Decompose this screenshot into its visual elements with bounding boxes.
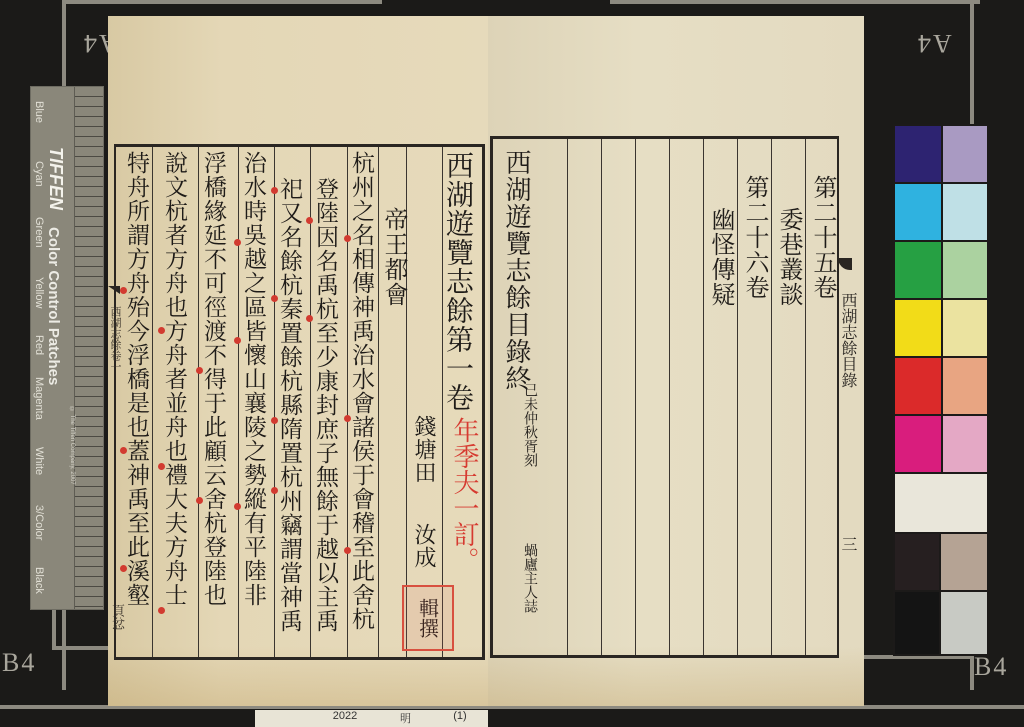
catalog-number: 2022 bbox=[333, 710, 357, 722]
patch-magenta-light bbox=[943, 416, 987, 472]
patch-3color-light bbox=[941, 534, 987, 590]
right-page-frame: 西湖遊覽志餘目錄終 己未仲秋胥刻 蝸廬主人誌 第二十五卷 委巷叢談 第二十六卷 … bbox=[490, 136, 839, 658]
color-name-black: Black bbox=[33, 567, 45, 594]
red-punctuation-dot bbox=[271, 187, 278, 194]
red-handwritten-annotation: 年季夫一訂。 bbox=[451, 417, 477, 573]
red-punctuation-dot bbox=[344, 415, 351, 422]
patch-yellow bbox=[895, 300, 941, 356]
text-column-3: 祀又名餘杭秦置餘杭縣隋置杭州竊謂當神禹 bbox=[277, 177, 300, 633]
color-name-cyan: Cyan bbox=[33, 161, 45, 187]
mat-label-bottom-right: B4 bbox=[974, 652, 1008, 682]
toc-volume-26: 第二十六卷 bbox=[743, 175, 767, 300]
toc-volume-25: 第二十五卷 bbox=[811, 175, 835, 300]
patch-yellow-light bbox=[943, 300, 987, 356]
column-rule bbox=[737, 139, 738, 655]
column-rule bbox=[805, 139, 806, 655]
text-column-5: 浮橋緣延不可徑渡不得于此顧云舍杭登陸也 bbox=[201, 151, 224, 607]
column-rule bbox=[669, 139, 670, 655]
patch-black bbox=[895, 592, 939, 654]
mat-border-top-right bbox=[610, 0, 980, 4]
patch-gray bbox=[941, 592, 987, 654]
color-name-yellow: Yellow bbox=[33, 277, 45, 308]
fish-tail-mark bbox=[108, 286, 120, 294]
column-rule bbox=[198, 147, 199, 657]
patch-green-light bbox=[943, 242, 987, 298]
tiffen-logo: TIFFEN bbox=[45, 147, 66, 210]
column-rule bbox=[238, 147, 239, 657]
engraving-date-note: 己未仲秋胥刻 bbox=[523, 383, 537, 467]
mat-label-top-right: A4 bbox=[916, 28, 952, 58]
patch-blue bbox=[895, 126, 941, 182]
red-punctuation-dot bbox=[306, 315, 313, 322]
catalog-end-title: 西湖遊覽志餘目錄終 bbox=[503, 149, 529, 392]
color-patch-strip bbox=[893, 124, 989, 656]
text-column-2: 登陸因名禹杭至少康封庶子無餘于越以主禹 bbox=[313, 177, 336, 633]
column-rule bbox=[378, 147, 379, 657]
red-punctuation-dot bbox=[344, 547, 351, 554]
author-place: 錢塘田 bbox=[412, 415, 434, 484]
red-punctuation-dot bbox=[234, 239, 241, 246]
author-name: 汝成 bbox=[412, 523, 434, 569]
column-rule bbox=[601, 139, 602, 655]
volume-title: 西湖遊覽志餘第一卷 bbox=[444, 151, 472, 412]
red-punctuation-dot bbox=[158, 327, 165, 334]
column-rule bbox=[703, 139, 704, 655]
color-name-white: White bbox=[33, 447, 45, 475]
text-column-1: 杭州之名相傳神禹治水會諸侯于會稽至此舍杭 bbox=[349, 151, 372, 631]
color-name-3color: 3/Color bbox=[33, 505, 45, 540]
column-rule bbox=[152, 147, 153, 657]
catalog-char: 明 bbox=[400, 713, 411, 725]
mat-inner-left-box bbox=[52, 605, 56, 650]
mat-inner-left-box-bottom bbox=[52, 646, 108, 650]
red-punctuation-dot bbox=[120, 565, 127, 572]
column-rule bbox=[274, 147, 275, 657]
red-punctuation-dot bbox=[271, 417, 278, 424]
color-name-green: Green bbox=[33, 217, 45, 248]
patch-cyan bbox=[895, 184, 941, 240]
mat-border-top bbox=[62, 0, 382, 4]
red-punctuation-dot bbox=[196, 367, 203, 374]
patch-3color bbox=[895, 534, 939, 590]
mat-label-bottom-left: B4 bbox=[2, 648, 36, 678]
margin-note: 西湖志餘卷一 bbox=[110, 306, 121, 372]
red-punctuation-dot bbox=[120, 447, 127, 454]
ruler-copyright: © The Tiffen Company, 2007 bbox=[69, 407, 75, 485]
color-name-red: Red bbox=[33, 335, 45, 355]
red-punctuation-dot bbox=[234, 503, 241, 510]
column-rule bbox=[567, 139, 568, 655]
signature: 蝸廬主人誌 bbox=[523, 543, 537, 613]
section-heading: 帝王都會 bbox=[382, 207, 406, 307]
catalog-char-tag: 明 bbox=[400, 710, 430, 727]
right-page: 西湖遊覽志餘目錄終 己未仲秋胥刻 蝸廬主人誌 第二十五卷 委巷叢談 第二十六卷 … bbox=[488, 16, 864, 706]
patch-white bbox=[895, 474, 987, 532]
patch-blue-light bbox=[943, 126, 987, 182]
spine-label: 西湖志餘目錄 bbox=[840, 292, 856, 388]
red-punctuation-dot bbox=[196, 497, 203, 504]
color-name-blue: Blue bbox=[33, 101, 45, 123]
red-punctuation-dot bbox=[306, 217, 313, 224]
page-folio: 三 bbox=[840, 536, 856, 552]
left-page-frame: 西湖遊覽志餘第一卷 錢塘田 汝成 輯撰 年季夫一訂。 帝王都會 杭州之名相傳神禹… bbox=[114, 144, 485, 660]
patch-magenta bbox=[895, 416, 941, 472]
text-column-6: 說文杭者方舟也方舟者並舟也禮大夫方舟士 bbox=[162, 151, 185, 607]
ruler-title: Color Control Patches bbox=[45, 227, 62, 385]
red-punctuation-dot bbox=[271, 487, 278, 494]
patch-red-light bbox=[943, 358, 987, 414]
red-seal-stamp: 輯撰 bbox=[402, 585, 454, 651]
red-punctuation-dot bbox=[344, 235, 351, 242]
toc-title-25: 委巷叢談 bbox=[777, 207, 801, 307]
color-name-magenta: Magenta bbox=[33, 377, 45, 420]
red-punctuation-dot bbox=[271, 295, 278, 302]
red-punctuation-dot bbox=[234, 337, 241, 344]
tiffen-color-ruler: TIFFEN Color Control Patches © The Tiffe… bbox=[30, 86, 104, 610]
fish-tail-mark bbox=[838, 258, 852, 270]
toc-title-26: 幽怪傳疑 bbox=[709, 207, 733, 307]
column-rule bbox=[635, 139, 636, 655]
red-punctuation-dot bbox=[158, 607, 165, 614]
column-rule bbox=[771, 139, 772, 655]
patch-red bbox=[895, 358, 941, 414]
catalog-mark: (1) bbox=[453, 710, 466, 722]
author-verb: 輯撰 bbox=[414, 598, 443, 638]
red-punctuation-dot bbox=[120, 287, 127, 294]
text-column-7: 特舟所謂方舟殆今浮橋是也蓋神禹至此溪壑 bbox=[124, 151, 147, 607]
patch-green bbox=[895, 242, 941, 298]
text-column-4: 治水時吳越之區皆懷山襄陵之勢縱有平陸非 bbox=[241, 151, 264, 607]
red-punctuation-dot bbox=[158, 463, 165, 470]
left-page: 西湖遊覽志餘第一卷 錢塘田 汝成 輯撰 年季夫一訂。 帝王都會 杭州之名相傳神禹… bbox=[108, 16, 488, 706]
ruler-scale bbox=[74, 87, 103, 609]
catalog-mark-tag: (1) bbox=[432, 710, 488, 727]
patch-cyan-light bbox=[943, 184, 987, 240]
margin-folio: 頁忿 bbox=[110, 604, 123, 630]
